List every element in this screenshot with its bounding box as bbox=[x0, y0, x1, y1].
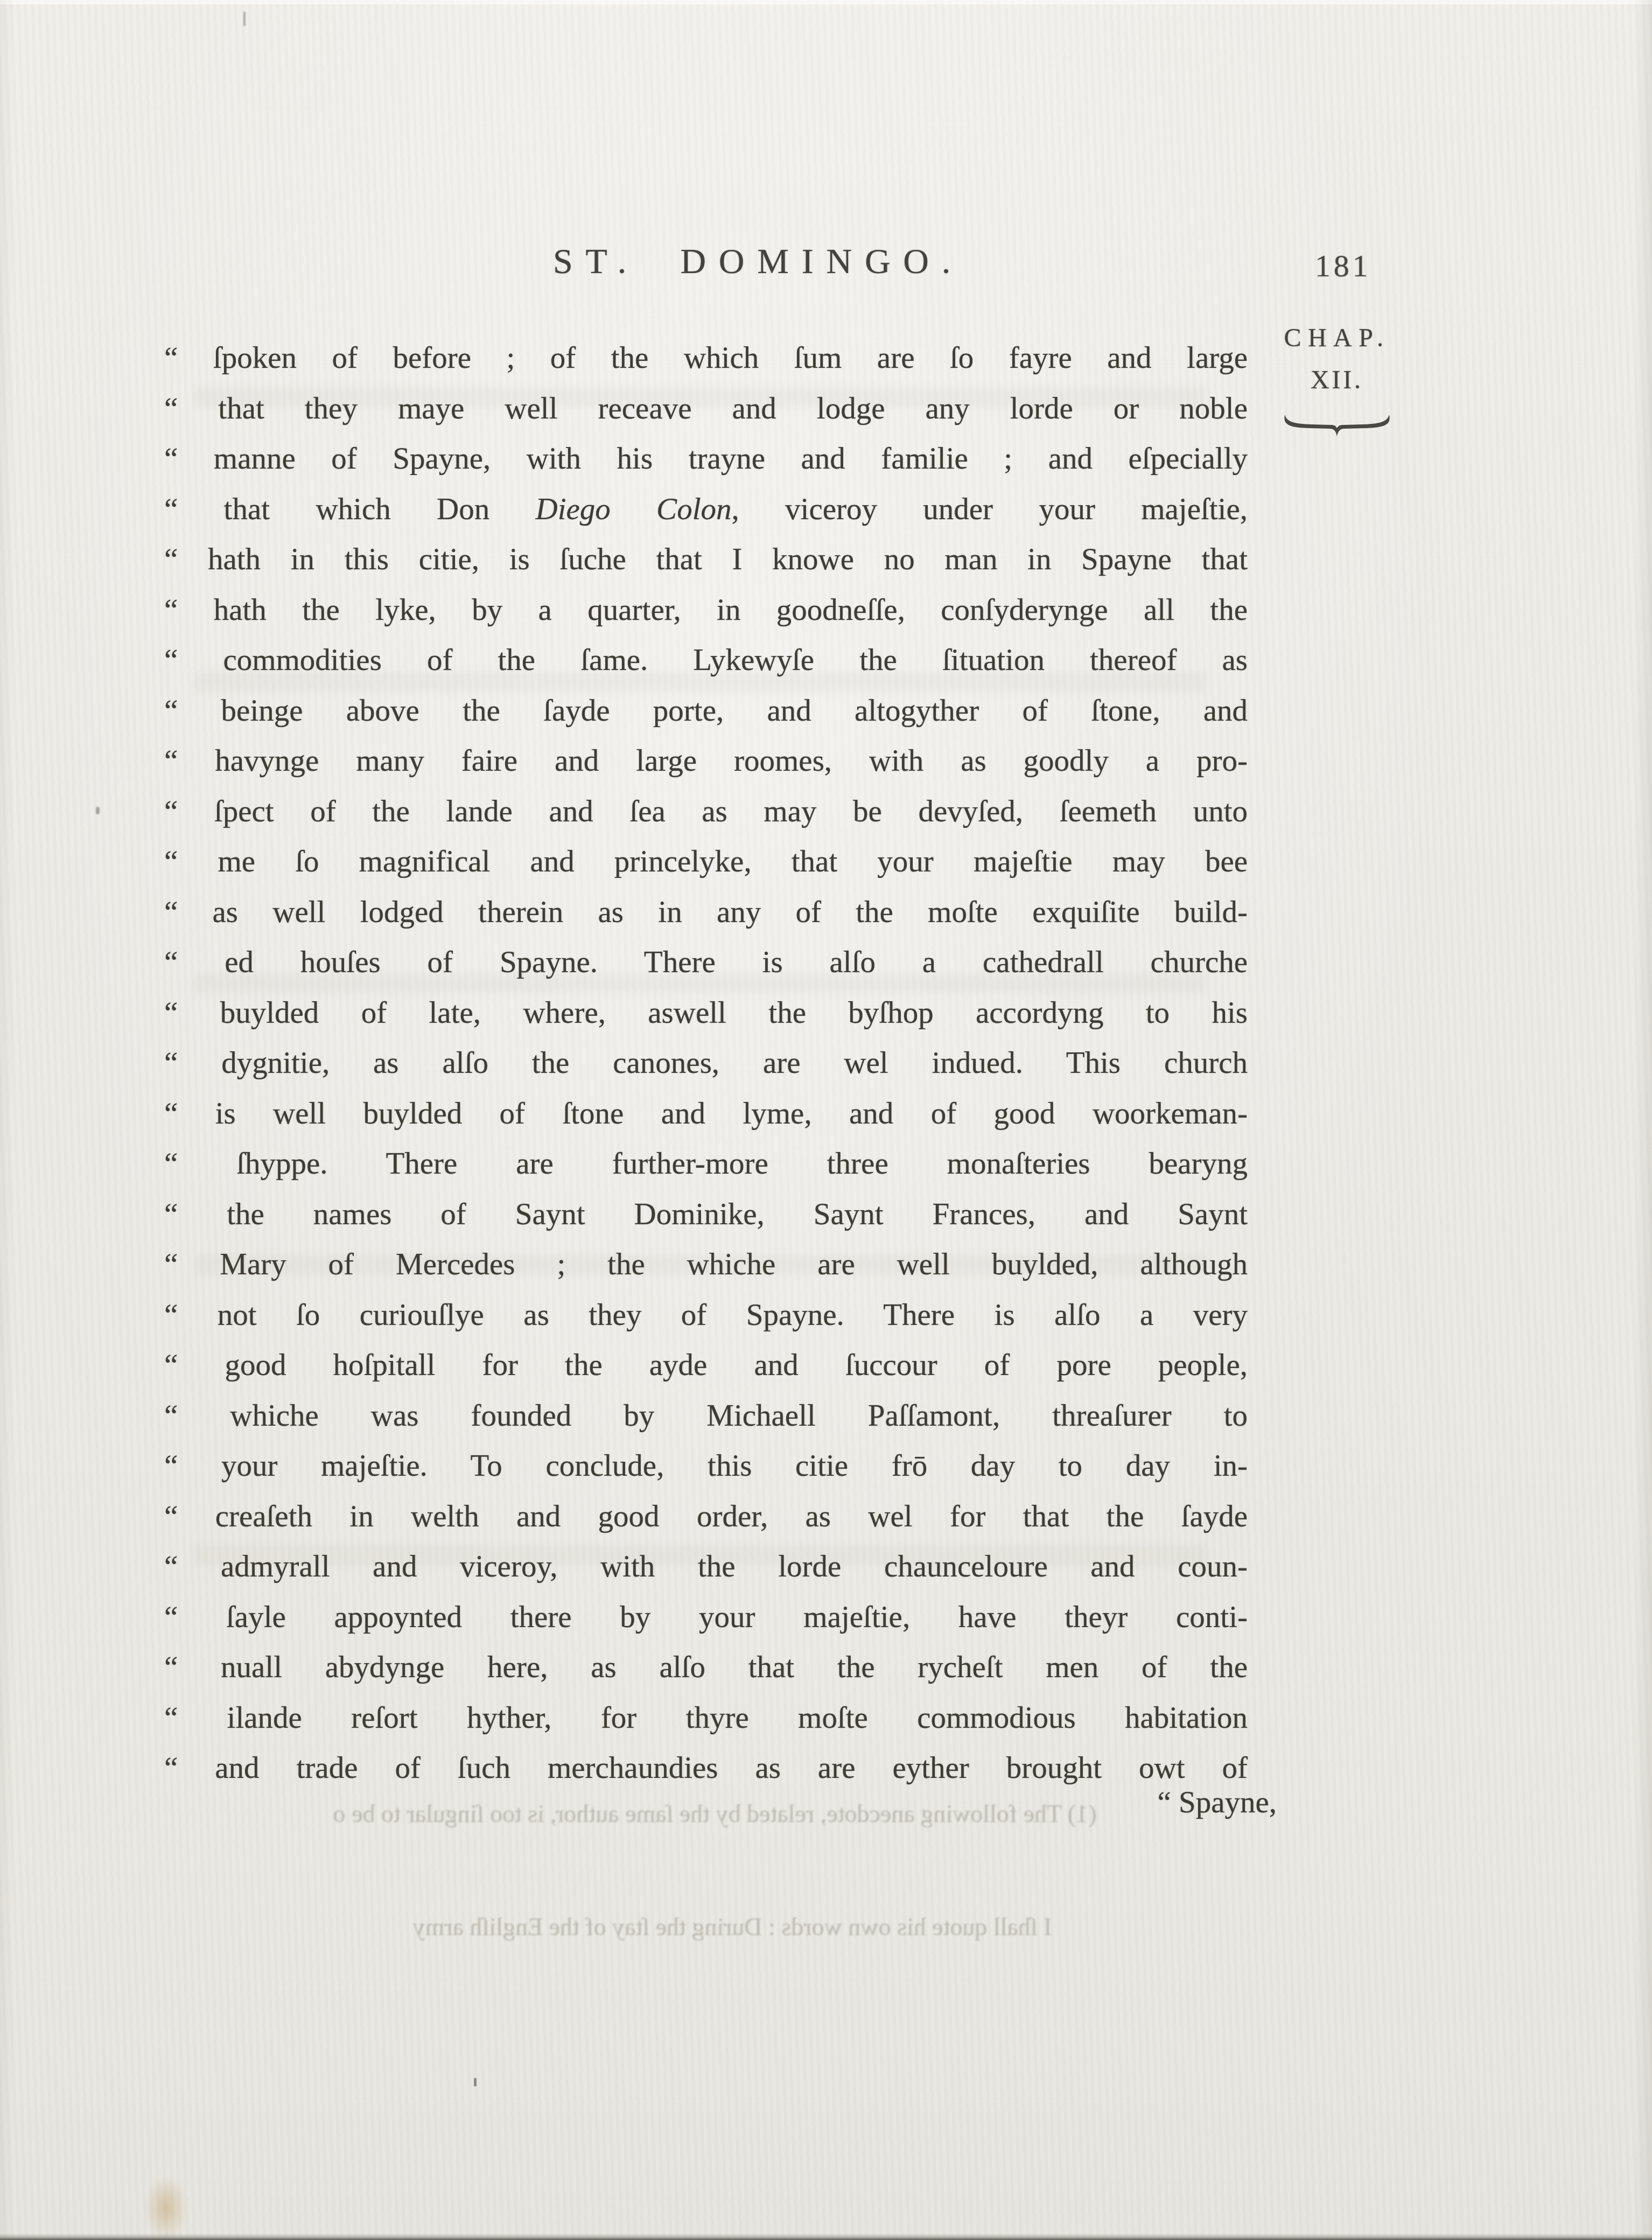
text-line: “ beinge above the ſayde porte, and alto… bbox=[164, 686, 1248, 736]
text-line: “ ilande reſort hyther, for thyre moſte … bbox=[164, 1693, 1248, 1743]
text-line: “ good hoſpitall for the ayde and ſuccou… bbox=[164, 1340, 1248, 1391]
text-line: “ that which Don Diego Colon, viceroy un… bbox=[164, 484, 1248, 535]
bleedthrough-text: (1) The following anecdote, related by t… bbox=[178, 1798, 1252, 1830]
text-line: “ is well buylded of ſtone and lyme, and… bbox=[164, 1088, 1248, 1139]
text-line: “ creaſeth in welth and good order, as w… bbox=[164, 1491, 1248, 1542]
bleedthrough-text: I ſhall quote his own words : During the… bbox=[178, 1911, 1287, 1943]
text-segment: “ beinge above the ſayde porte, and alto… bbox=[164, 694, 1248, 728]
text-line: “ whiche was founded by Michaell Paſſamo… bbox=[164, 1391, 1248, 1441]
text-line: “ your majeſtie. To conclude, this citie… bbox=[164, 1441, 1248, 1491]
text-line: “ dygnitie, as alſo the canones, are wel… bbox=[164, 1038, 1248, 1088]
text-segment: “ good hoſpitall for the ayde and ſuccou… bbox=[164, 1348, 1248, 1382]
text-segment: “ nuall abydynge here, as alſo that the … bbox=[164, 1650, 1248, 1684]
text-segment: “ ed houſes of Spayne. There is alſo a c… bbox=[164, 945, 1248, 979]
text-line: “ ed houſes of Spayne. There is alſo a c… bbox=[164, 937, 1248, 988]
scan-bottom-edge bbox=[0, 2234, 1652, 2240]
text-line: “ not ſo curiouſlye as they of Spayne. T… bbox=[164, 1290, 1248, 1341]
text-line: “ as well lodged therein as in any of th… bbox=[164, 887, 1248, 938]
paper-speck bbox=[96, 807, 100, 814]
text-line: “ ſhyppe. There are further-more three m… bbox=[164, 1139, 1248, 1189]
text-segment: “ is well buylded of ſtone and lyme, and… bbox=[164, 1097, 1248, 1131]
scan-left-shadow bbox=[0, 0, 14, 2240]
text-segment: “ admyrall and viceroy, with the lorde c… bbox=[164, 1550, 1248, 1583]
passage-lines: “ ſpoken of before ; of the which ſum ar… bbox=[164, 333, 1248, 1794]
text-line: “ ſpoken of before ; of the which ſum ar… bbox=[164, 333, 1248, 383]
text-line: “ the names of Saynt Dominike, Saynt Fra… bbox=[164, 1189, 1248, 1240]
text-segment: “ ſpect of the lande and ſea as may be d… bbox=[164, 794, 1248, 828]
text-line: “ ſayle appoynted there by your majeſtie… bbox=[164, 1592, 1248, 1643]
text-segment: “ ſayle appoynted there by your majeſtie… bbox=[164, 1600, 1248, 1634]
scan-top-edge bbox=[0, 0, 1652, 4]
scanned-book-page: ST. DOMINGO. 181 CHAP. XII. “ ſpoken of … bbox=[0, 0, 1652, 2240]
text-segment: “ that they maye well receave and lodge … bbox=[164, 392, 1248, 425]
text-segment: “ the names of Saynt Dominike, Saynt Fra… bbox=[164, 1197, 1248, 1231]
text-segment: Diego Colon bbox=[536, 492, 732, 526]
text-segment: “ ſpoken of before ; of the which ſum ar… bbox=[164, 341, 1248, 375]
paper-speck bbox=[243, 12, 246, 26]
text-line: “ buylded of late, where, aswell the byſ… bbox=[164, 988, 1248, 1038]
text-line: “ admyrall and viceroy, with the lorde c… bbox=[164, 1541, 1248, 1592]
scan-right-shadow bbox=[1634, 0, 1652, 2240]
text-segment: “ whiche was founded by Michaell Paſſamo… bbox=[164, 1399, 1248, 1433]
chapter-label: CHAP. bbox=[1275, 323, 1399, 353]
text-segment: “ hath the lyke, by a quarter, in goodne… bbox=[164, 593, 1248, 627]
text-line: “ me ſo magnifical and princelyke, that … bbox=[164, 836, 1248, 887]
text-segment: “ not ſo curiouſlye as they of Spayne. T… bbox=[164, 1298, 1248, 1332]
text-line: “ manne of Spayne, with his trayne and f… bbox=[164, 434, 1248, 484]
running-head-title: ST. DOMINGO. bbox=[553, 241, 963, 282]
text-line: “ hath in this citie, is ſuche that I kn… bbox=[164, 534, 1248, 585]
text-line: “ ſpect of the lande and ſea as may be d… bbox=[164, 786, 1248, 837]
text-segment: , viceroy under your majeſtie, bbox=[731, 492, 1248, 526]
text-line: “ hath the lyke, by a quarter, in goodne… bbox=[164, 585, 1248, 636]
paper-speck bbox=[474, 2078, 477, 2087]
chapter-brace-icon bbox=[1282, 413, 1392, 439]
text-segment: “ ſhyppe. There are further-more three m… bbox=[164, 1147, 1248, 1181]
text-segment: “ that which Don bbox=[164, 492, 536, 526]
text-segment: “ as well lodged therein as in any of th… bbox=[164, 895, 1248, 929]
text-segment: “ me ſo magnifical and princelyke, that … bbox=[164, 845, 1248, 878]
text-line: “ Mary of Mercedes ; the whiche are well… bbox=[164, 1239, 1248, 1290]
page-number: 181 bbox=[1315, 248, 1371, 284]
paper-stain bbox=[144, 2176, 187, 2240]
text-segment: “ buylded of late, where, aswell the byſ… bbox=[164, 996, 1248, 1030]
text-segment: “ your majeſtie. To conclude, this citie… bbox=[164, 1449, 1248, 1483]
chapter-number: XII. bbox=[1275, 365, 1399, 395]
text-segment: “ Mary of Mercedes ; the whiche are well… bbox=[164, 1247, 1248, 1281]
text-segment: “ hath in this citie, is ſuche that I kn… bbox=[164, 542, 1248, 576]
text-segment: “ commodities of the ſame. Lykewyſe the … bbox=[164, 643, 1248, 677]
text-line: “ nuall abydynge here, as alſo that the … bbox=[164, 1642, 1248, 1693]
text-line: “ commodities of the ſame. Lykewyſe the … bbox=[164, 635, 1248, 686]
text-segment: “ dygnitie, as alſo the canones, are wel… bbox=[164, 1046, 1248, 1080]
text-segment: “ havynge many faire and large roomes, w… bbox=[164, 744, 1248, 778]
text-segment: “ manne of Spayne, with his trayne and f… bbox=[164, 442, 1248, 476]
text-segment: “ ilande reſort hyther, for thyre moſte … bbox=[164, 1701, 1248, 1735]
text-segment: “ creaſeth in welth and good order, as w… bbox=[164, 1499, 1248, 1533]
text-line: “ that they maye well receave and lodge … bbox=[164, 383, 1248, 434]
text-line: “ havynge many faire and large roomes, w… bbox=[164, 736, 1248, 786]
